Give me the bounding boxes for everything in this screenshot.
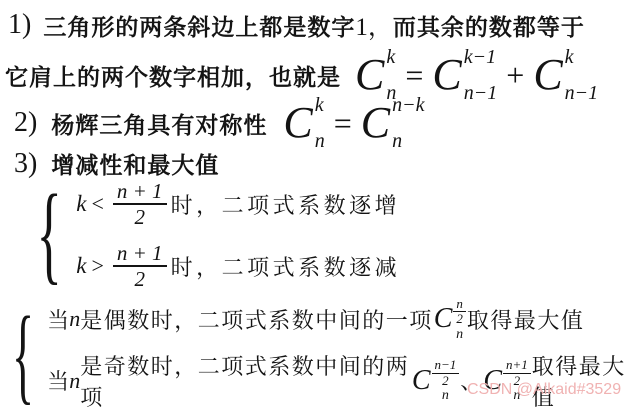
- binomial-coefficient-half: C n 2 n: [434, 297, 466, 342]
- subscript: n: [456, 327, 463, 342]
- variable-n: n: [69, 306, 80, 332]
- fraction-numerator: n: [453, 297, 466, 312]
- subscript: n: [442, 388, 449, 403]
- item-2-line: 2) 杨辉三角具有对称性 C k n = C n−k n: [14, 94, 424, 152]
- subscript: n: [315, 131, 325, 151]
- superscript: k: [386, 47, 396, 67]
- increase-text: 时，二项式系数逐增: [171, 189, 401, 220]
- item-1-digit: 1，: [355, 7, 393, 43]
- monotonicity-block: { k < n + 1 2 时，二项式系数逐增 k > n + 1 2 时，二项…: [28, 179, 400, 292]
- csdn-watermark: CSDN @Alkaid#3529: [467, 381, 621, 399]
- binomial-coefficient-n-minus-1-half: C n−1 2 n: [412, 358, 459, 403]
- equals-sign: =: [334, 105, 352, 142]
- subscript: n−1: [464, 83, 498, 103]
- fraction: n + 1 2: [113, 179, 167, 229]
- c-symbol: C: [434, 305, 453, 333]
- item-3-text: 增减性和最大值: [51, 147, 219, 180]
- fraction-denominator: 2: [113, 203, 167, 229]
- even-prefix-a: 当: [47, 304, 69, 335]
- superscript: n−k: [392, 95, 424, 115]
- binomial-coefficient: C k n−1: [533, 47, 598, 103]
- c-symbol: C: [361, 101, 390, 145]
- symmetry-formula: C k n = C n−k n: [283, 95, 424, 151]
- even-suffix: 取得最大值: [467, 304, 585, 335]
- superscript-fraction: n 2: [453, 297, 466, 327]
- superscript-fraction: n−1 2: [432, 358, 460, 388]
- left-brace: {: [12, 300, 34, 407]
- item-1-line2-text: 它肩上的两个数字相加，也就是: [5, 59, 341, 92]
- odd-prefix-a: 当: [47, 365, 69, 396]
- item-3-marker: 3): [14, 148, 37, 180]
- c-symbol: C: [412, 367, 431, 395]
- variable-k: k: [76, 191, 86, 217]
- fraction-denominator: 2: [456, 312, 463, 326]
- monotonicity-increase-row: k < n + 1 2 时，二项式系数逐增: [76, 179, 400, 229]
- subscript: n: [392, 131, 424, 151]
- variable-k: k: [76, 253, 86, 279]
- math-notes-page: 1) 三角形的两条斜边上都是数字 1， 而其余的数都等于 它肩上的两个数字相加，…: [0, 0, 642, 407]
- binomial-coefficient: C k n: [283, 95, 324, 151]
- greater-than-sign: >: [91, 253, 103, 279]
- superscript: k−1: [464, 47, 498, 67]
- odd-prefix-b: 是奇数时，二项式系数中间的两项: [80, 350, 411, 407]
- fraction-numerator: n−1: [432, 358, 460, 373]
- c-symbol: C: [355, 53, 384, 97]
- c-symbol: C: [432, 53, 461, 97]
- variable-n: n: [69, 368, 80, 394]
- even-prefix-b: 是偶数时，二项式系数中间的一项: [80, 304, 433, 335]
- superscript: k: [315, 95, 325, 115]
- item-1-text-b: 而其余的数都等于: [393, 9, 585, 42]
- left-brace: {: [36, 180, 61, 290]
- item-1-text-a: 三角形的两条斜边上都是数字: [43, 9, 355, 42]
- subscript: n−1: [565, 83, 599, 103]
- less-than-sign: <: [91, 191, 103, 217]
- item-1-marker: 1): [8, 9, 31, 41]
- binomial-coefficient: C n−k n: [361, 95, 425, 151]
- fraction-numerator: n + 1: [113, 179, 167, 203]
- fraction-denominator: 2: [113, 265, 167, 291]
- item-2-text: 杨辉三角具有对称性: [51, 107, 267, 140]
- fraction-numerator: n + 1: [113, 241, 167, 265]
- fraction-denominator: 2: [442, 374, 449, 388]
- superscript: k: [565, 47, 599, 67]
- plus-sign: +: [506, 57, 524, 94]
- monotonicity-decrease-row: k > n + 1 2 时，二项式系数逐减: [76, 241, 400, 291]
- even-case-row: 当 n 是偶数时，二项式系数中间的一项 C n 2 n 取得最大值: [47, 297, 642, 342]
- c-symbol: C: [533, 53, 562, 97]
- binomial-coefficient: C k−1 n−1: [432, 47, 497, 103]
- item-1-line-1: 1) 三角形的两条斜边上都是数字 1， 而其余的数都等于: [8, 7, 585, 43]
- fraction: n + 1 2: [113, 241, 167, 291]
- c-symbol: C: [283, 101, 312, 145]
- equals-sign: =: [405, 57, 423, 94]
- item-2-marker: 2): [14, 107, 37, 139]
- decrease-text: 时，二项式系数逐减: [171, 251, 401, 282]
- fraction-numerator: n+1: [503, 358, 531, 373]
